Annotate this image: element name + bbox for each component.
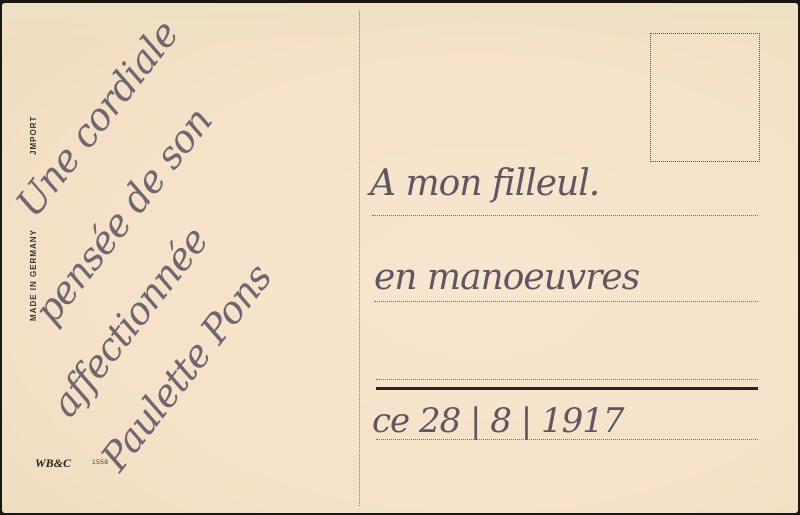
address-rule-1 [372, 215, 758, 216]
postcard-back: MADE IN GERMANY JMPORT WB&C 1558 Une cor… [2, 3, 798, 513]
address-rule-4 [376, 439, 758, 440]
address-rule-2 [374, 301, 758, 302]
address-solid-rule [376, 387, 758, 390]
stamp-box [650, 33, 760, 162]
address-date: ce 28 | 8 | 1917 [372, 401, 624, 441]
address-line-1: A mon filleul. [370, 163, 599, 204]
publisher-logo: WB&C [35, 456, 71, 471]
address-line-2: en manoeuvres [374, 257, 639, 298]
address-rule-3 [376, 379, 758, 380]
import-label: JMPORT [29, 116, 38, 155]
center-divider [359, 11, 360, 506]
